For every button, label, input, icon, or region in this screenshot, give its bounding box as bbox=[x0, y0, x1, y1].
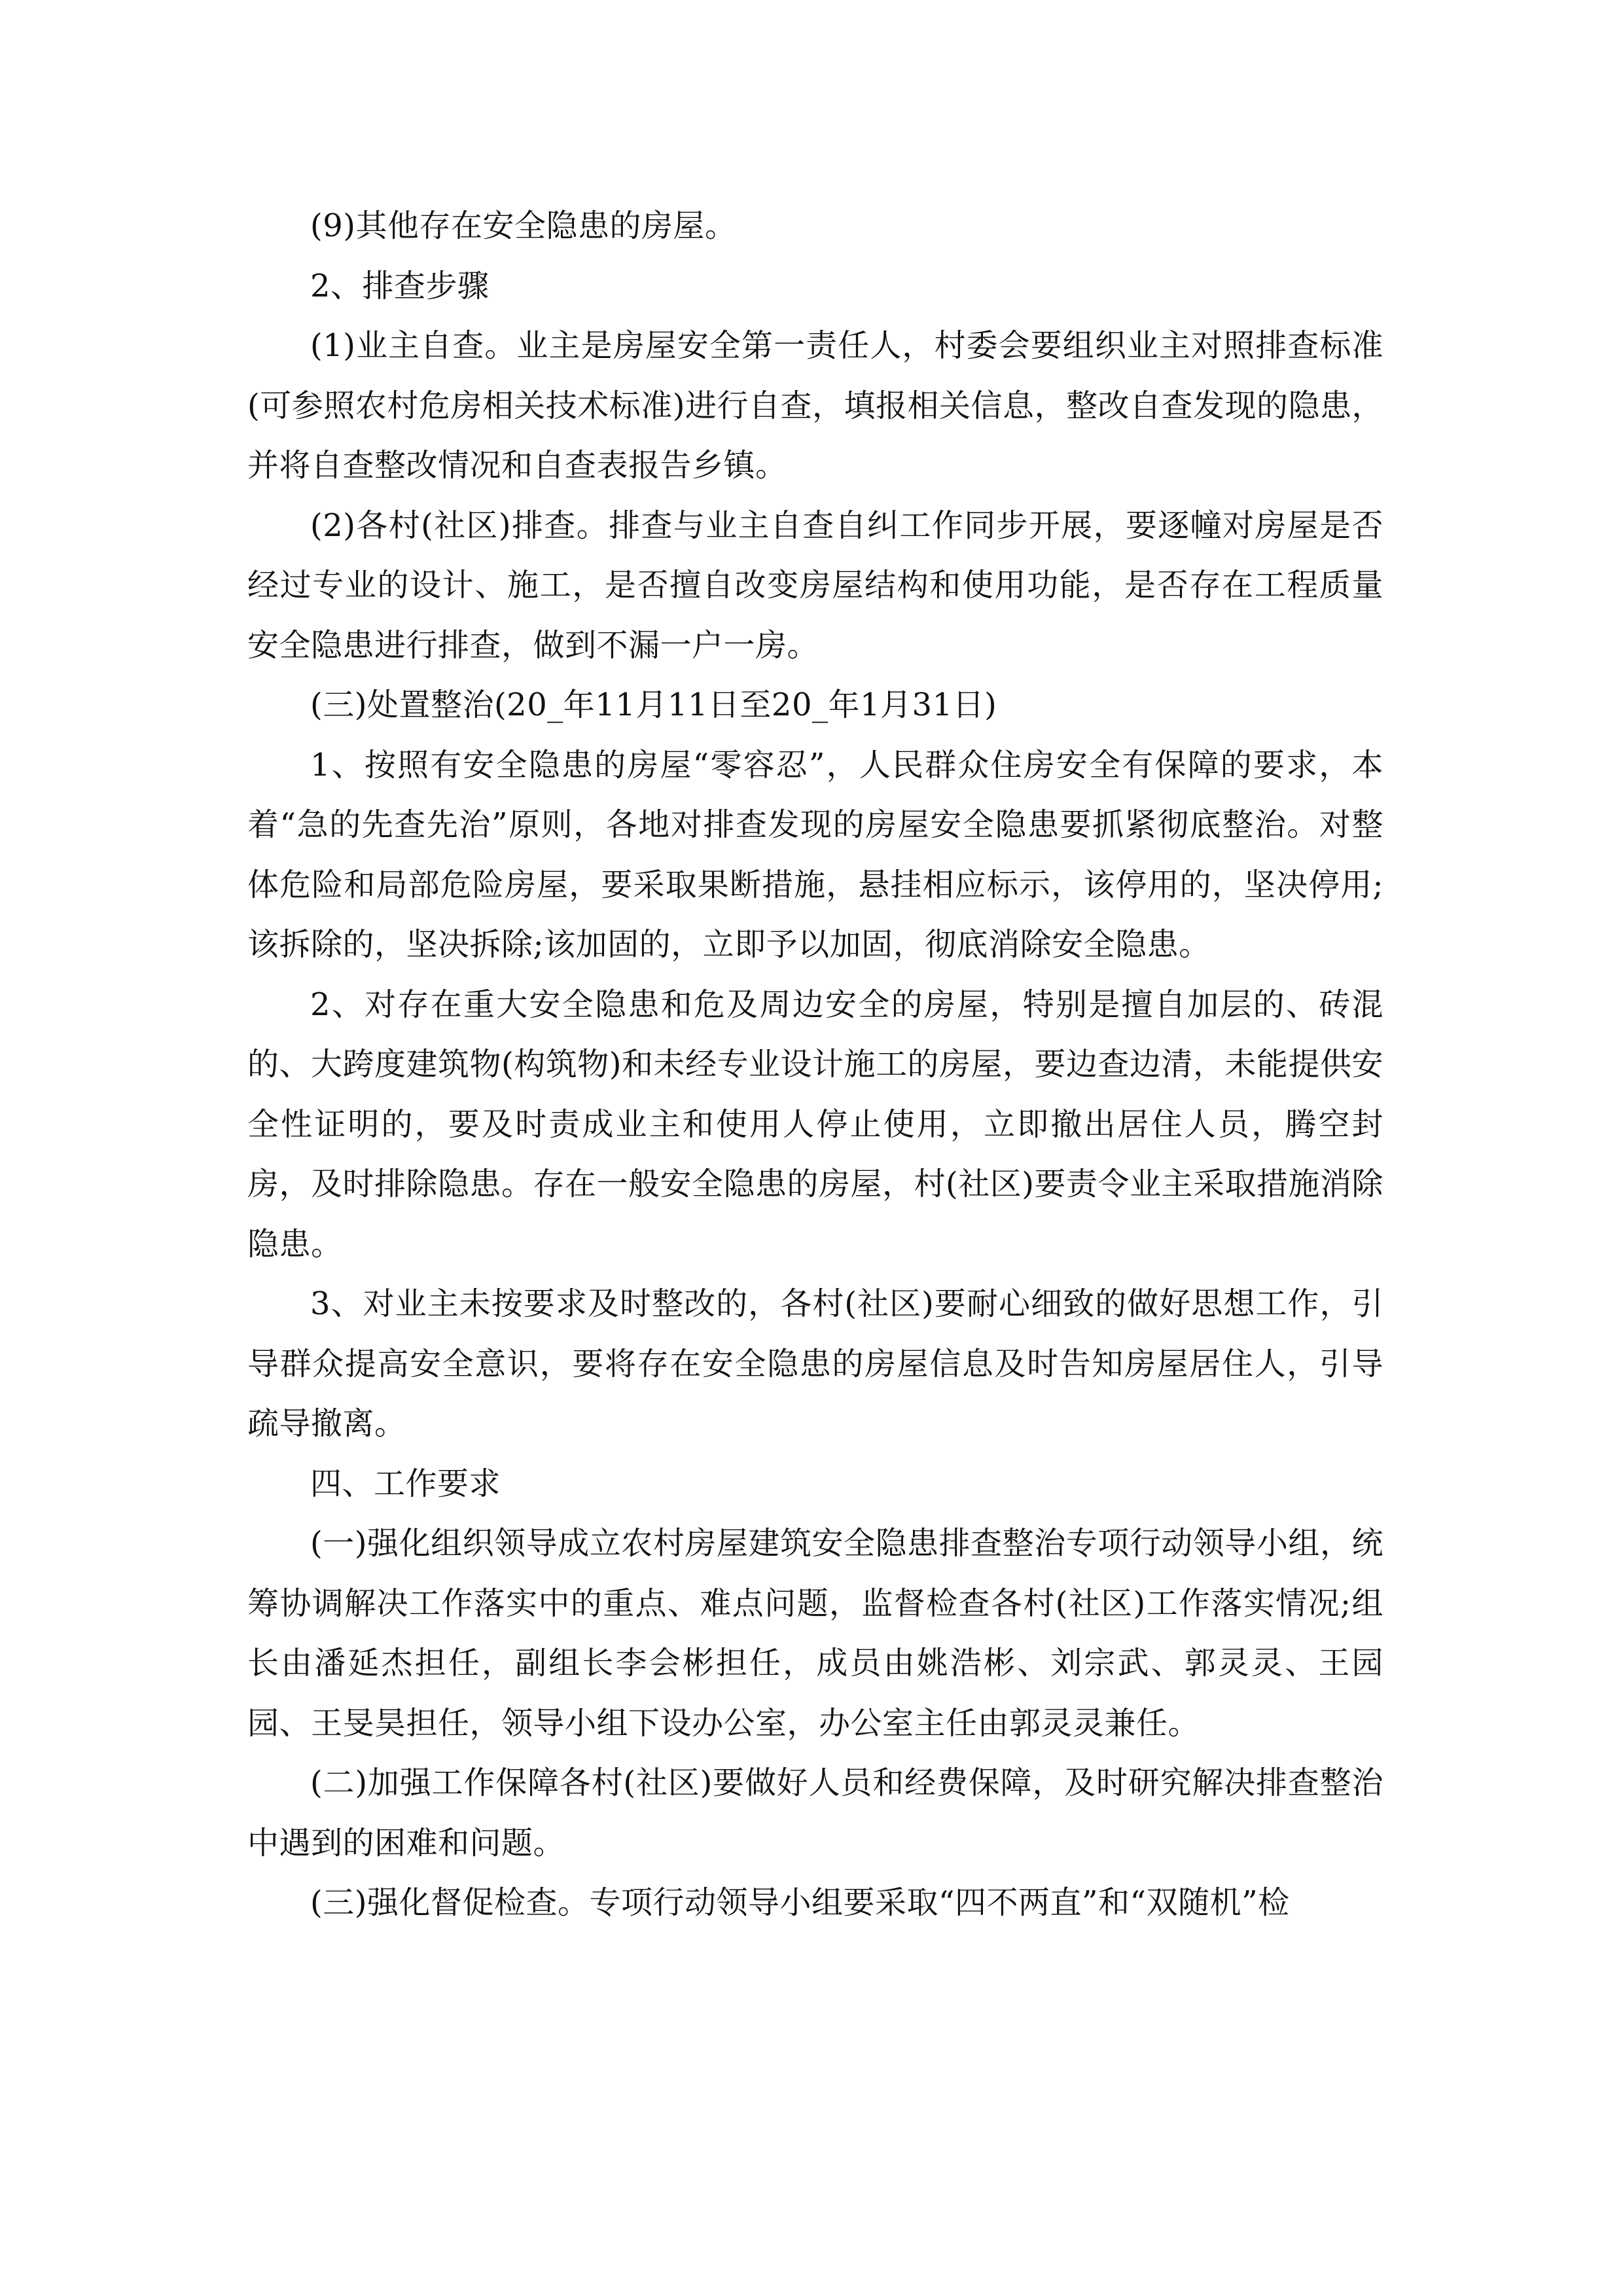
paragraph-organization-leadership: (一)强化组织领导成立农村房屋建筑安全隐患排查整治专项行动领导小组，统筹协调解决… bbox=[247, 1514, 1383, 1753]
heading-work-requirements: 四、工作要求 bbox=[247, 1454, 1383, 1515]
paragraph-major-hazards: 2、对存在重大安全隐患和危及周边安全的房屋，特别是擅自加层的、砖混的、大跨度建筑… bbox=[247, 975, 1383, 1275]
paragraph-unrectified-owners: 3、对业主未按要求及时整改的，各村(社区)要耐心细致的做好思想工作，引导群众提高… bbox=[247, 1274, 1383, 1454]
paragraph-owner-self-check: (1)业主自查。业主是房屋安全第一责任人，村委会要组织业主对照排查标准(可参照农… bbox=[247, 316, 1383, 496]
document-page: (9)其他存在安全隐患的房屋。 2、排查步骤 (1)业主自查。业主是房屋安全第一… bbox=[247, 196, 1383, 1933]
paragraph-village-inspection: (2)各村(社区)排查。排查与业主自查自纠工作同步开展，要逐幢对房屋是否经过专业… bbox=[247, 496, 1383, 676]
heading-disposal-rectification: (三)处置整治(20_年11月11日至20_年1月31日) bbox=[247, 675, 1383, 736]
paragraph-supervision-inspection: (三)强化督促检查。专项行动领导小组要采取“四不两直”和“双随机”检 bbox=[247, 1873, 1383, 1933]
list-item-other-hazard-houses: (9)其他存在安全隐患的房屋。 bbox=[247, 196, 1383, 257]
paragraph-work-guarantee: (二)加强工作保障各村(社区)要做好人员和经费保障，及时研究解决排查整治中遇到的… bbox=[247, 1753, 1383, 1873]
heading-inspection-steps: 2、排查步骤 bbox=[247, 257, 1383, 317]
paragraph-zero-tolerance: 1、按照有安全隐患的房屋“零容忍”，人民群众住房安全有保障的要求，本着“急的先查… bbox=[247, 736, 1383, 975]
